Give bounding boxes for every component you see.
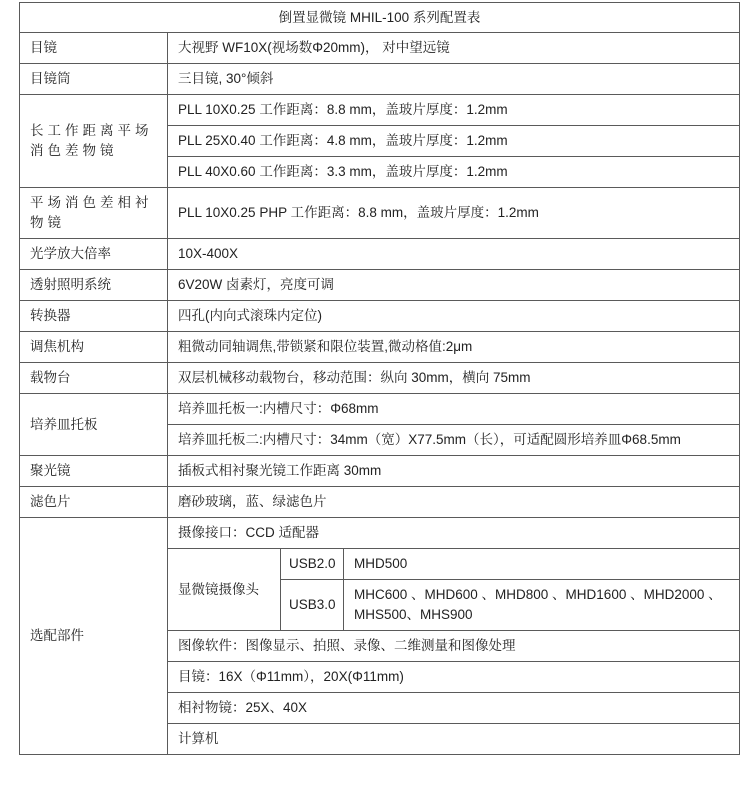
row-value-optional-phase-objectives: 相衬物镜：25X、40X	[168, 693, 740, 724]
usb3-models: MHC600 、MHD600 、MHD800 、MHD1600 、MHD2000…	[344, 580, 740, 631]
configuration-table: 倒置显微镜 MHIL-100 系列配置表 目镜 大视野 WF10X(视场数Φ20…	[19, 2, 740, 755]
row-label-magnification: 光学放大倍率	[20, 239, 168, 270]
camera-label: 显微镜摄像头	[168, 549, 281, 631]
row-value-software: 图像软件：图像显示、拍照、录像、二维测量和图像处理	[168, 631, 740, 662]
table-row: 光学放大倍率 10X-400X	[20, 239, 740, 270]
row-label-tube: 目镜筒	[20, 64, 168, 95]
row-value-tube: 三目镜, 30°倾斜	[168, 64, 740, 95]
row-label-condenser: 聚光镜	[20, 456, 168, 487]
row-value-computer: 计算机	[168, 724, 740, 755]
table-row: 目镜 大视野 WF10X(视场数Φ20mm)， 对中望远镜	[20, 33, 740, 64]
row-label-phase-objective: 平场消色差相衬物镜	[20, 188, 168, 239]
row-value-camera-interface: 摄像接口：CCD 适配器	[168, 518, 740, 549]
row-value-objective-10x: PLL 10X0.25 工作距离：8.8 mm，盖玻片厚度：1.2mm	[168, 95, 740, 126]
table-row: 透射照明系统 6V20W 卤素灯，亮度可调	[20, 270, 740, 301]
table-row: 聚光镜 插板式相衬聚光镜工作距离 30mm	[20, 456, 740, 487]
table-row: 载物台 双层机械移动载物台，移动范围：纵向 30mm，横向 75mm	[20, 363, 740, 394]
row-label-dish-holder: 培养皿托板	[20, 394, 168, 456]
table-row: 培养皿托板 培养皿托板一:内槽尺寸：Φ68mm	[20, 394, 740, 425]
table-row: 选配部件 摄像接口：CCD 适配器	[20, 518, 740, 549]
row-value-condenser: 插板式相衬聚光镜工作距离 30mm	[168, 456, 740, 487]
row-value-dish-holder-1: 培养皿托板一:内槽尺寸：Φ68mm	[168, 394, 740, 425]
row-label-eyepiece: 目镜	[20, 33, 168, 64]
row-value-focus: 粗微动同轴调焦,带锁紧和限位装置,微动格值:2μm	[168, 332, 740, 363]
table-row: 长工作距离平场消色差物镜 PLL 10X0.25 工作距离：8.8 mm，盖玻片…	[20, 95, 740, 126]
row-value-objective-25x: PLL 25X0.40 工作距离：4.8 mm，盖玻片厚度：1.2mm	[168, 126, 740, 157]
row-label-filters: 滤色片	[20, 487, 168, 518]
row-label-nosepiece: 转换器	[20, 301, 168, 332]
table-title: 倒置显微镜 MHIL-100 系列配置表	[20, 3, 740, 33]
row-label-focus: 调焦机构	[20, 332, 168, 363]
table-row: 目镜筒 三目镜, 30°倾斜	[20, 64, 740, 95]
row-value-dish-holder-2: 培养皿托板二:内槽尺寸：34mm（宽）X77.5mm（长），可适配圆形培养皿Φ6…	[168, 425, 740, 456]
table-row: 平场消色差相衬物镜 PLL 10X0.25 PHP 工作距离：8.8 mm，盖玻…	[20, 188, 740, 239]
row-value-eyepiece: 大视野 WF10X(视场数Φ20mm)， 对中望远镜	[168, 33, 740, 64]
row-value-optional-eyepieces: 目镜：16X（Φ11mm），20X(Φ11mm)	[168, 662, 740, 693]
row-value-illumination: 6V20W 卤素灯，亮度可调	[168, 270, 740, 301]
row-value-objective-40x: PLL 40X0.60 工作距离：3.3 mm，盖玻片厚度：1.2mm	[168, 157, 740, 188]
row-label-objectives: 长工作距离平场消色差物镜	[20, 95, 168, 188]
row-value-magnification: 10X-400X	[168, 239, 740, 270]
row-value-nosepiece: 四孔(内向式滚珠内定位)	[168, 301, 740, 332]
usb2-models: MHD500	[344, 549, 740, 580]
usb3-port: USB3.0	[281, 580, 344, 631]
usb2-port: USB2.0	[281, 549, 344, 580]
table-row: 转换器 四孔(内向式滚珠内定位)	[20, 301, 740, 332]
row-label-optional: 选配部件	[20, 518, 168, 755]
row-value-stage: 双层机械移动载物台，移动范围：纵向 30mm，横向 75mm	[168, 363, 740, 394]
row-value-filters: 磨砂玻璃，蓝、绿滤色片	[168, 487, 740, 518]
row-value-phase-objective: PLL 10X0.25 PHP 工作距离：8.8 mm，盖玻片厚度：1.2mm	[168, 188, 740, 239]
row-label-illumination: 透射照明系统	[20, 270, 168, 301]
row-label-stage: 载物台	[20, 363, 168, 394]
table-row: 滤色片 磨砂玻璃，蓝、绿滤色片	[20, 487, 740, 518]
table-row: 调焦机构 粗微动同轴调焦,带锁紧和限位装置,微动格值:2μm	[20, 332, 740, 363]
